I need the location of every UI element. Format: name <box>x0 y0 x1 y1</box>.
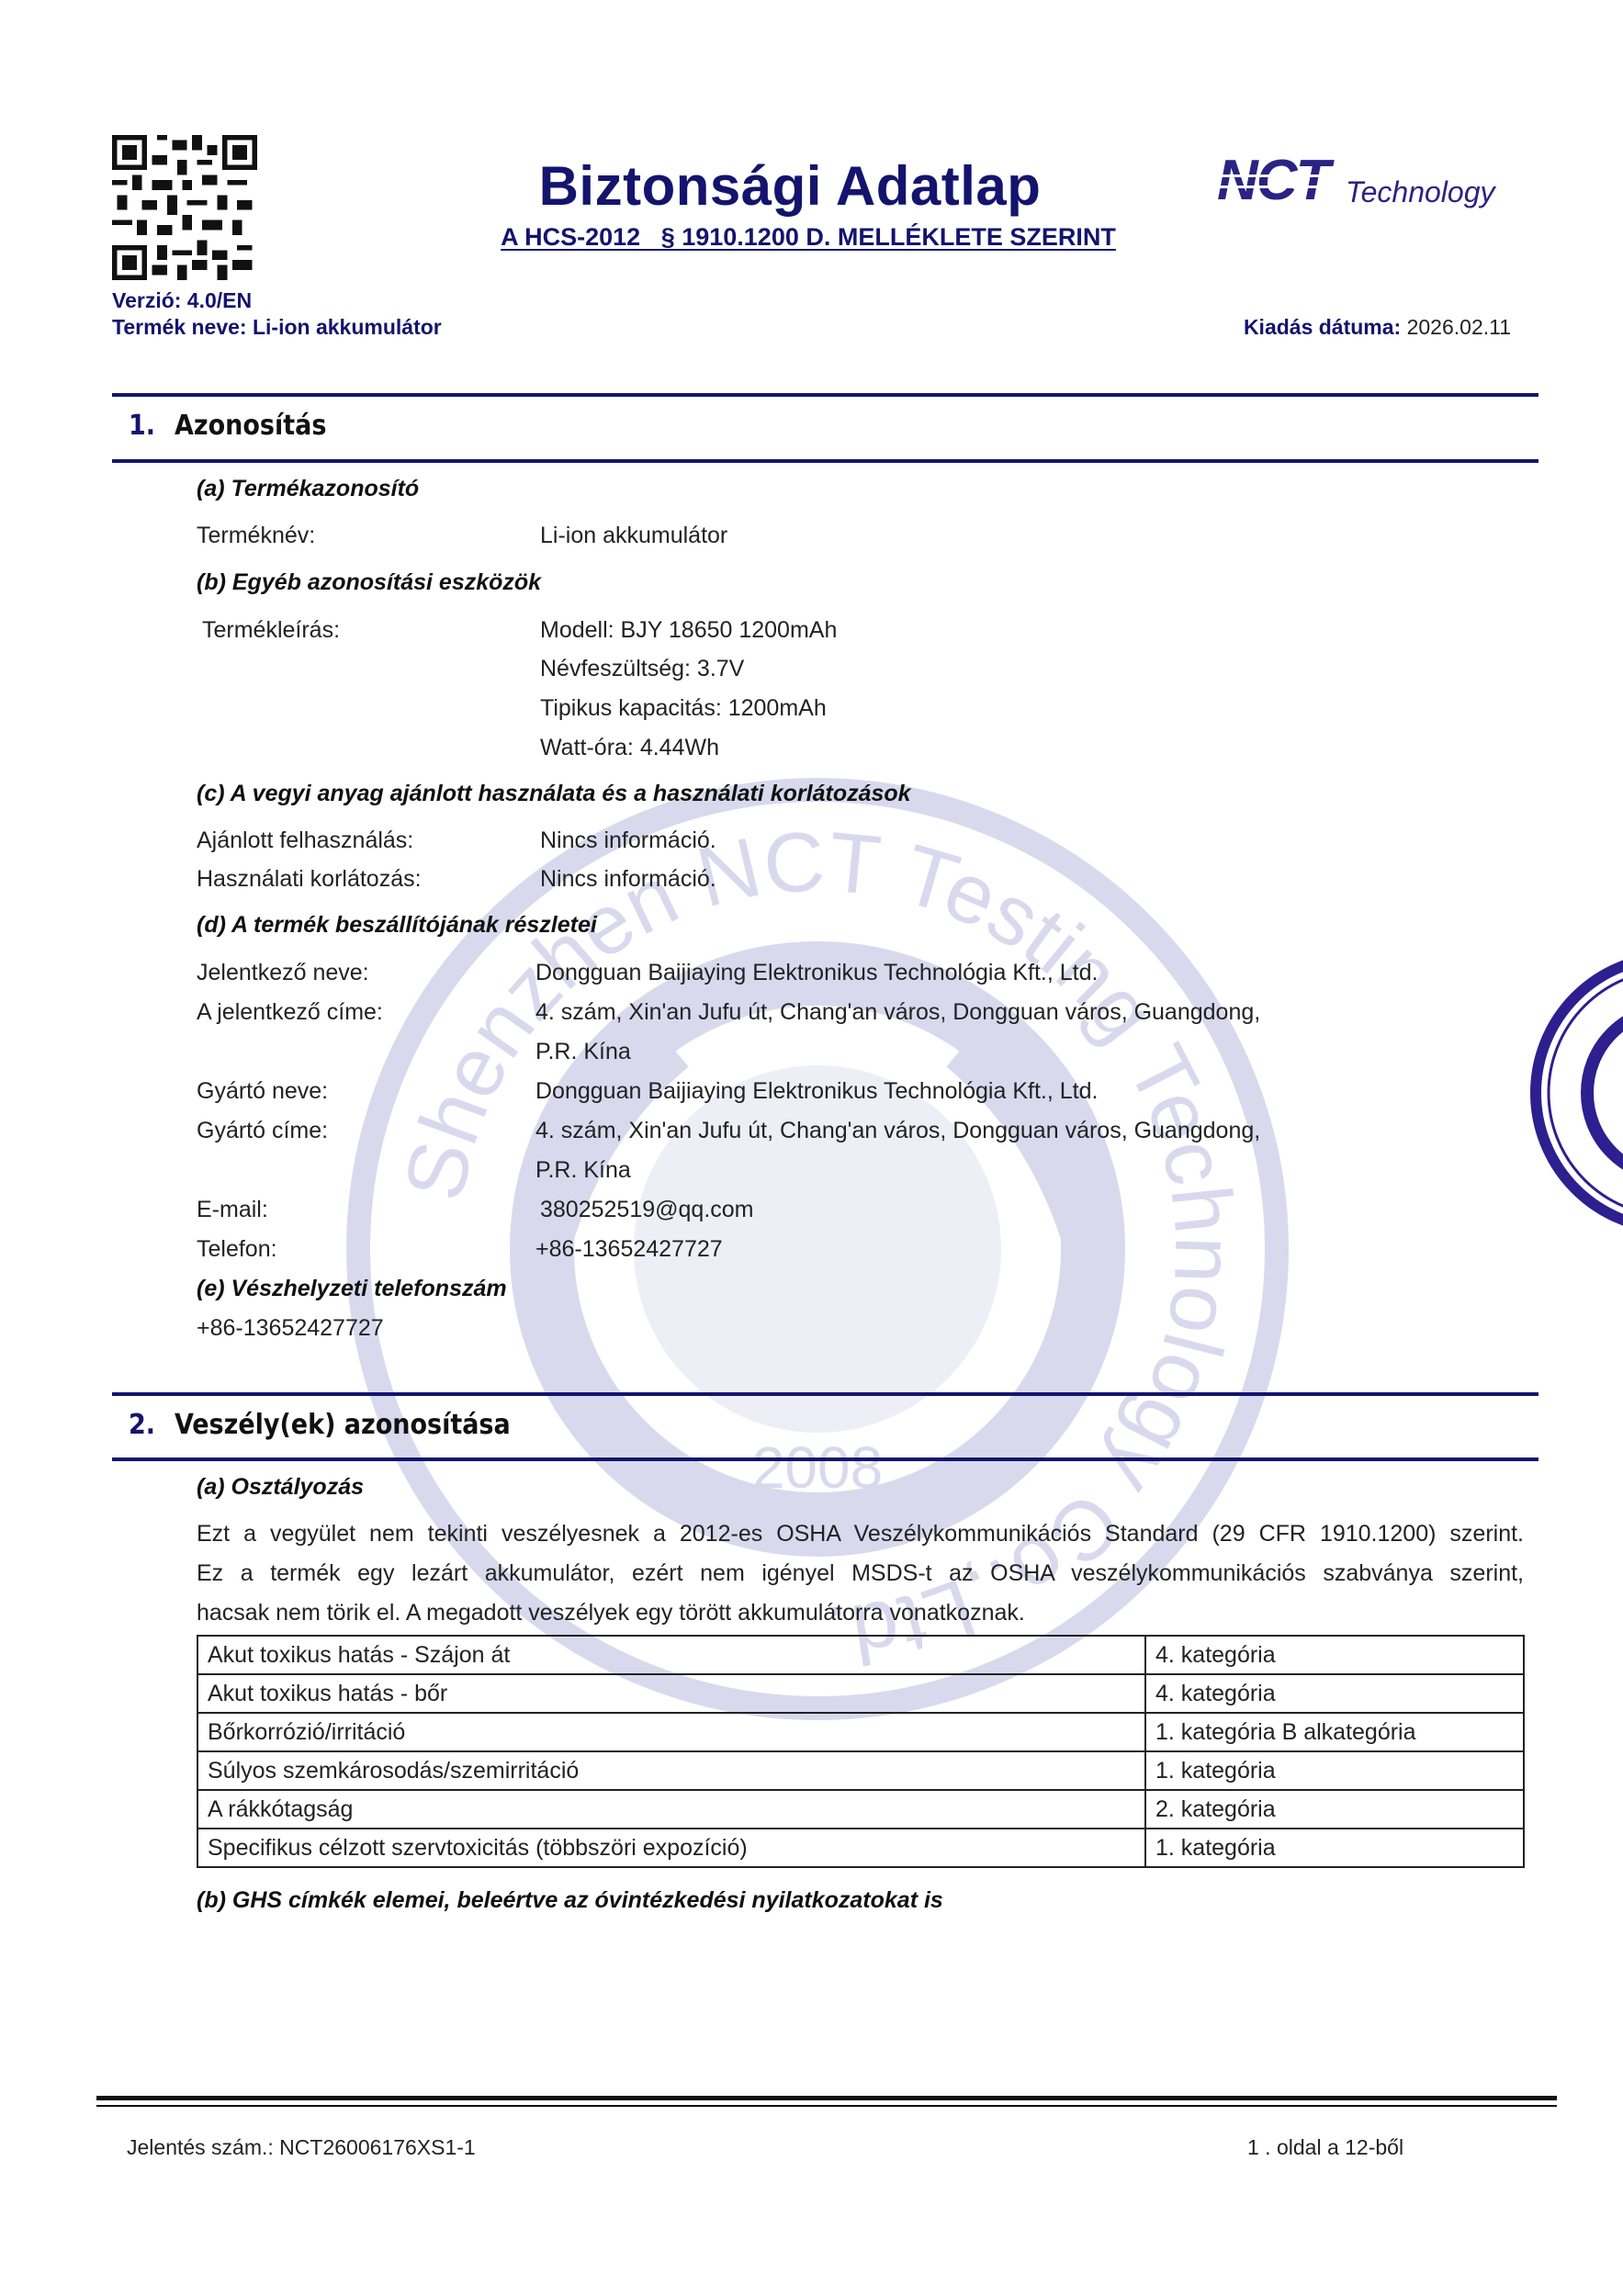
footer-divider <box>96 2105 1557 2107</box>
section-divider <box>112 459 1538 463</box>
classification-paragraph-line: Ezt a vegyület nem tekinti veszélyesnek … <box>197 1521 1524 1548</box>
description-line: Tipikus kapacitás: 1200mAh <box>540 695 827 722</box>
category-cell: 4. kategória <box>1145 1636 1524 1674</box>
hazard-classification-table: Akut toxikus hatás - Szájon át 4. kategó… <box>197 1635 1525 1868</box>
manufacturer-address-line: 4. szám, Xin'an Jufu út, Chang'an város,… <box>535 1118 1260 1144</box>
manufacturer-address-label: Gyártó címe: <box>197 1118 328 1144</box>
manufacturer-name-value: Dongguan Baijiaying Elektronikus Technol… <box>535 1078 1098 1105</box>
svg-text:Shenzhen NCT Testing Technolog: Shenzhen NCT Testing Technology Co.,Ltd. <box>388 815 1252 1683</box>
document-title: Biztonsági Adatlap <box>459 154 1121 218</box>
table-row: Bőrkorrózió/irritáció 1. kategória B alk… <box>197 1713 1524 1751</box>
subheading-b: (b) GHS címkék elemei, beleértve az óvin… <box>197 1887 943 1914</box>
table-row: Súlyos szemkárosodás/szemirritáció 1. ka… <box>197 1751 1524 1790</box>
applicant-name-label: Jelentkező neve: <box>197 960 369 986</box>
report-number: Jelentés szám.: NCT26006176XS1-1 <box>127 2135 476 2160</box>
subheading-e: (e) Vészhelyzeti telefonszám <box>197 1276 507 1302</box>
page-indicator: 1 . oldal a 12-ből <box>1247 2135 1403 2160</box>
category-cell: 2. kategória <box>1145 1790 1524 1829</box>
svg-text:NCT: NCT <box>1217 149 1336 212</box>
document-subtitle: A HCS-2012 § 1910.1200 D. MELLÉKLETE SZE… <box>464 223 1153 252</box>
issue-date-value: 2026.02.11 <box>1407 315 1511 339</box>
category-cell: 1. kategória <box>1145 1751 1524 1790</box>
qr-code-icon <box>112 135 257 280</box>
subheading-a: (a) Osztályozás <box>197 1474 364 1501</box>
category-cell: 4. kategória <box>1145 1674 1524 1713</box>
nct-technology-logo-icon: NCT Technology <box>1217 149 1529 213</box>
email-label: E-mail: <box>197 1197 268 1223</box>
subheading-c: (c) A vegyi anyag ajánlott használata és… <box>197 781 911 807</box>
section-title: Veszély(ek) azonosítása <box>175 1409 511 1441</box>
applicant-name-value: Dongguan Baijiaying Elektronikus Technol… <box>535 960 1098 986</box>
section-1-heading: 1.Azonosítás <box>129 410 326 442</box>
table-row: A rákkótagság 2. kategória <box>197 1790 1524 1829</box>
svg-text:Technology: Technology <box>1346 175 1497 208</box>
svg-text:2008: 2008 <box>752 1435 883 1501</box>
hazard-cell: Súlyos szemkárosodás/szemirritáció <box>197 1751 1145 1790</box>
recommended-use-value: Nincs információ. <box>540 827 716 854</box>
version-label: Verzió: 4.0/EN <box>112 288 252 313</box>
email-value[interactable]: 380252519@qq.com <box>540 1197 754 1223</box>
issue-date-label: Kiadás dátuma: <box>1244 315 1401 339</box>
subheading-a: (a) Termékazonosító <box>197 476 419 502</box>
section-title: Azonosítás <box>175 410 326 442</box>
hazard-cell: Akut toxikus hatás - bőr <box>197 1674 1145 1713</box>
issue-date: Kiadás dátuma: 2026.02.11 <box>1244 315 1511 340</box>
watermark-seal-icon: Shenzhen NCT Testing Technology Co.,Ltd.… <box>331 762 1304 1736</box>
section-divider <box>112 1392 1538 1396</box>
section-2-heading: 2.Veszély(ek) azonosítása <box>129 1409 511 1441</box>
manufacturer-address-line: P.R. Kína <box>535 1157 631 1184</box>
product-name-label: Terméknév: <box>197 523 315 549</box>
description-line: Névfeszültség: 3.7V <box>540 656 744 682</box>
hazard-cell: Specifikus célzott szervtoxicitás (többs… <box>197 1829 1145 1867</box>
manufacturer-name-label: Gyártó neve: <box>197 1078 328 1105</box>
table-row: Specifikus célzott szervtoxicitás (többs… <box>197 1829 1524 1867</box>
product-name-value: Li-ion akkumulátor <box>540 523 727 549</box>
description-label: Termékleírás: <box>202 617 340 644</box>
description-line: Watt-óra: 4.44Wh <box>540 735 719 761</box>
table-row: Akut toxikus hatás - Szájon át 4. kategó… <box>197 1636 1524 1674</box>
category-cell: 1. kategória <box>1145 1829 1524 1867</box>
applicant-address-line: 4. szám, Xin'an Jufu út, Chang'an város,… <box>535 999 1260 1026</box>
hazard-cell: A rákkótagság <box>197 1790 1145 1829</box>
classification-paragraph-line: Ez a termék egy lezárt akkumulátor, ezér… <box>197 1560 1524 1587</box>
hazard-cell: Akut toxikus hatás - Szájon át <box>197 1636 1145 1674</box>
product-name-label: Termék neve: Li-ion akkumulátor <box>112 315 442 340</box>
recommended-use-label: Ajánlott felhasználás: <box>197 827 413 854</box>
applicant-address-label: A jelentkező címe: <box>197 999 383 1026</box>
section-divider <box>112 1458 1538 1461</box>
section-number: 1. <box>129 410 175 442</box>
subheading-b: (b) Egyéb azonosítási eszközök <box>197 569 541 596</box>
company-stamp-icon: Shenzhen NCT T <box>1525 946 1623 1240</box>
applicant-address-line: P.R. Kína <box>535 1039 631 1065</box>
section-divider <box>112 393 1538 397</box>
phone-value: +86-13652427727 <box>535 1236 723 1263</box>
restriction-label: Használati korlátozás: <box>197 866 422 893</box>
footer-divider <box>96 2096 1557 2100</box>
subheading-d: (d) A termék beszállítójának részletei <box>197 912 597 939</box>
emergency-phone-value: +86-13652427727 <box>197 1315 384 1342</box>
phone-label: Telefon: <box>197 1236 277 1263</box>
category-cell: 1. kategória B alkategória <box>1145 1713 1524 1751</box>
table-row: Akut toxikus hatás - bőr 4. kategória <box>197 1674 1524 1713</box>
hazard-cell: Bőrkorrózió/irritáció <box>197 1713 1145 1751</box>
description-line: Modell: BJY 18650 1200mAh <box>540 617 837 644</box>
classification-paragraph-line: hacsak nem törik el. A megadott veszélye… <box>197 1600 1524 1626</box>
restriction-value: Nincs információ. <box>540 866 716 893</box>
section-number: 2. <box>129 1409 175 1441</box>
